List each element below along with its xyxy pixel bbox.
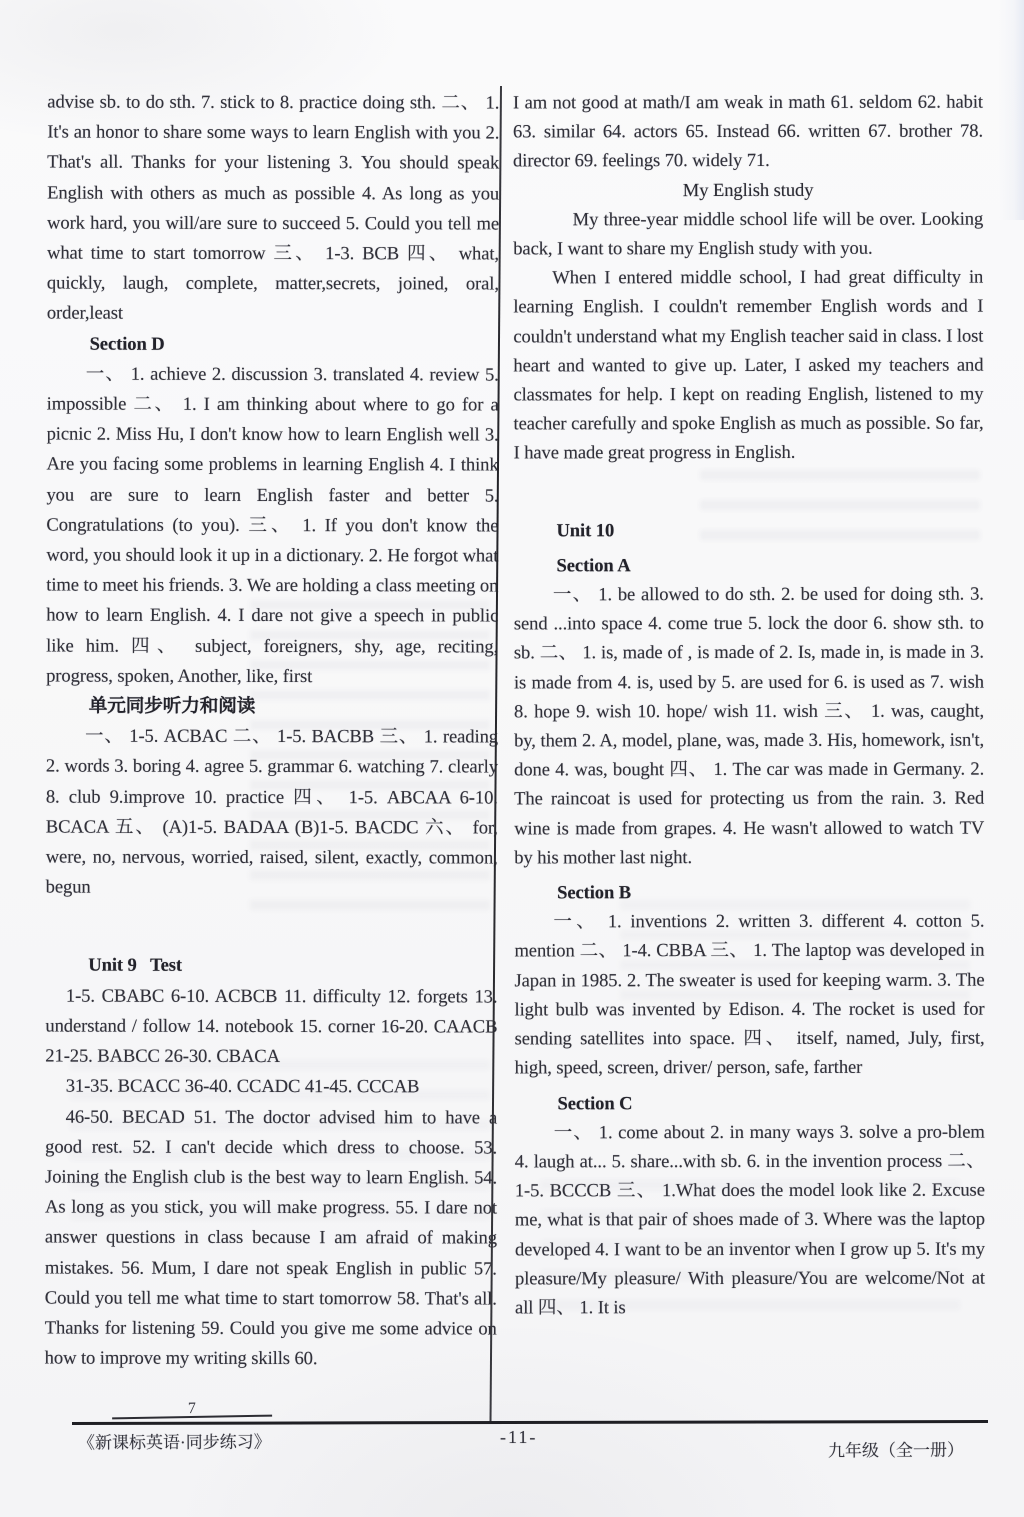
answer-paragraph: 一、 1-5. ACBAC 二、 1-5. BACBB 三、 1. readin…: [46, 722, 498, 904]
answer-paragraph: 31-35. BCACC 36-40. CCADC 41-45. CCCAB: [45, 1072, 497, 1103]
stray-pen-mark: 7: [112, 1401, 272, 1420]
footer-series-title: 《新课标英语·同步练习》: [78, 1427, 271, 1453]
section-heading: 单元同步听力和阅读: [46, 692, 498, 723]
section-heading: Section A: [514, 550, 984, 580]
answer-paragraph: When I entered middle school, I had grea…: [513, 263, 983, 468]
answer-paragraph: 46-50. BECAD 51. The doctor advised him …: [45, 1102, 498, 1375]
answer-paragraph: 1-5. CBABC 6-10. ACBCB 11. difficulty 12…: [45, 981, 497, 1073]
footer-rule: [72, 1420, 988, 1425]
answer-paragraph: 一、 1. come about 2. in many ways 3. solv…: [515, 1117, 985, 1322]
footer-grade-label: 九年级（全一册）: [828, 1436, 964, 1462]
footer-page-number: -11-: [500, 1427, 537, 1448]
section-heading: Unit 9 Test: [45, 951, 497, 982]
section-heading: Section D: [47, 329, 499, 360]
answer-paragraph: advise sb. to do sth. 7. stick to 8. pra…: [47, 88, 500, 331]
right-text-column: I am not good at math/I am weak in math …: [513, 88, 985, 1323]
left-text-column: advise sb. to do sth. 7. stick to 8. pra…: [45, 88, 500, 1375]
section-heading: Unit 10: [514, 515, 984, 545]
answer-paragraph: 一、 1. inventions 2. written 3. different…: [514, 907, 984, 1083]
answer-paragraph: I am not good at math/I am weak in math …: [513, 88, 983, 176]
answer-paragraph: 一、 1. achieve 2. discussion 3. translate…: [46, 359, 499, 692]
answer-paragraph: My three-year middle school life will be…: [513, 204, 983, 263]
answer-paragraph: 一、 1. be allowed to do sth. 2. be used f…: [514, 580, 985, 873]
scanned-page: advise sb. to do sth. 7. stick to 8. pra…: [0, 0, 1024, 1517]
section-heading: Section B: [514, 878, 984, 908]
section-heading: My English study: [513, 175, 983, 205]
section-heading: Section C: [515, 1088, 985, 1118]
